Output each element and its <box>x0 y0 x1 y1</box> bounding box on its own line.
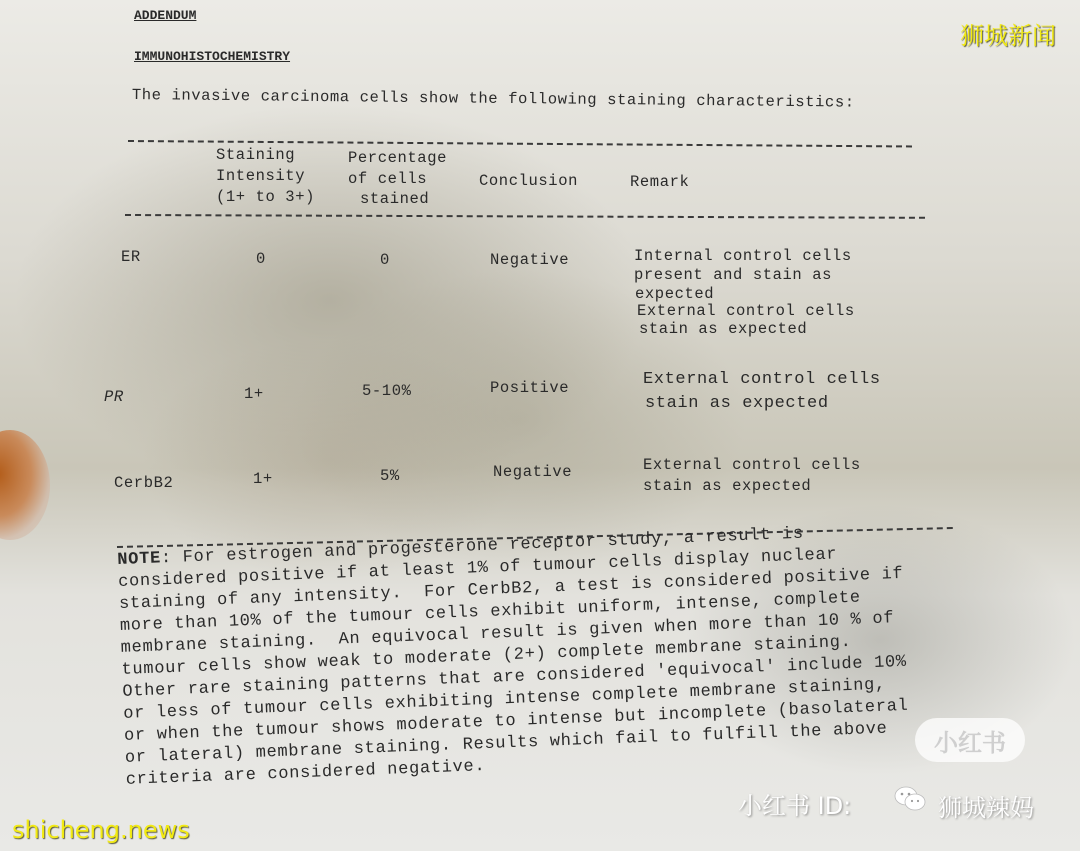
marker-cell: CerbB2 <box>114 474 173 492</box>
remark-line: External control cells <box>637 302 855 320</box>
intensity-cell: 0 <box>256 250 266 268</box>
header-percentage-2: of cells <box>348 170 427 188</box>
xhs-id-value: 狮城辣妈 <box>938 788 1034 823</box>
remark-line: stain as expected <box>639 320 807 338</box>
finger-edge <box>0 430 50 540</box>
remark-line: expected <box>635 285 714 303</box>
remark-line: present and stain as <box>634 266 832 284</box>
header-intensity-1: Staining <box>216 146 295 164</box>
header-intensity-2: Intensity <box>216 167 305 185</box>
xhs-id-label: 小红书 ID: <box>738 786 851 821</box>
watermark-site: shicheng.news <box>12 816 190 844</box>
remark-line: stain as expected <box>645 394 829 413</box>
header-conclusion: Conclusion <box>479 172 578 190</box>
header-percentage-1: Percentage <box>348 149 447 167</box>
percentage-cell: 0 <box>380 251 390 269</box>
header-bottom-rule <box>125 214 925 219</box>
intensity-cell: 1+ <box>244 385 264 403</box>
note-section: NOTE: For estrogen and progesterone rece… <box>117 515 1026 791</box>
marker-cell: PR <box>104 388 124 406</box>
marker-cell: ER <box>121 248 141 266</box>
intensity-cell: 1+ <box>253 470 273 488</box>
addendum-heading: ADDENDUM <box>134 8 196 23</box>
remark-line: External control cells <box>643 370 881 389</box>
conclusion-cell: Positive <box>490 379 569 397</box>
header-percentage-3: stained <box>360 190 429 208</box>
wechat-icon <box>893 786 927 812</box>
percentage-cell: 5% <box>380 467 400 485</box>
remark-line: Internal control cells <box>634 247 852 265</box>
document-photo: ADDENDUM IMMUNOHISTOCHEMISTRY The invasi… <box>0 0 1080 851</box>
header-remark: Remark <box>630 173 689 191</box>
xiaohongshu-badge: 小红书 <box>915 718 1025 762</box>
conclusion-cell: Negative <box>493 463 572 481</box>
note-label: NOTE <box>117 549 161 570</box>
remark-line: External control cells <box>643 456 861 474</box>
section-heading: IMMUNOHISTOCHEMISTRY <box>134 49 290 64</box>
percentage-cell: 5-10% <box>362 382 412 400</box>
intro-text: The invasive carcinoma cells show the fo… <box>132 86 855 112</box>
watermark-top-right: 狮城新闻 <box>960 16 1056 51</box>
conclusion-cell: Negative <box>490 251 569 269</box>
header-intensity-3: (1+ to 3+) <box>216 188 315 206</box>
remark-line: stain as expected <box>643 477 811 495</box>
